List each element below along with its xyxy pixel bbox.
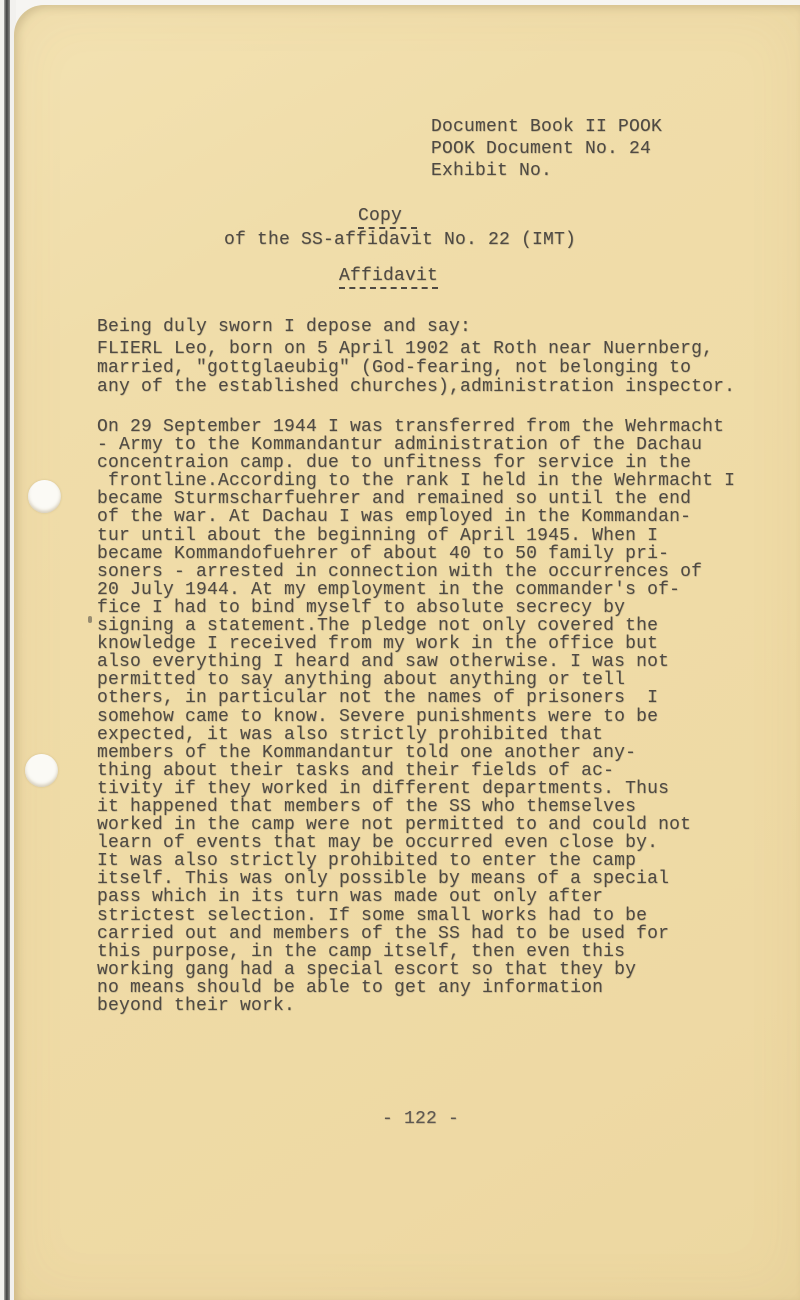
copy-label: Copy [358,206,417,229]
scanner-edge-line [4,0,10,1300]
personal-details-paragraph: FLIERL Leo, born on 5 April 1902 at Roth… [97,340,735,398]
statement-paragraph: On 29 September 1944 I was transferred f… [97,418,735,1015]
hole-punch-bottom [25,754,58,787]
document-reference-header: Document Book II POOK POOK Document No. … [431,116,662,182]
hole-punch-top [28,480,61,513]
oath-line: Being duly sworn I depose and say: [97,317,471,337]
page-number: - 122 - [382,1109,459,1129]
paper-speck [88,616,92,623]
affidavit-subtitle: of the SS-affidavit No. 22 (IMT) [224,230,576,250]
affidavit-heading: Affidavit [339,266,438,289]
